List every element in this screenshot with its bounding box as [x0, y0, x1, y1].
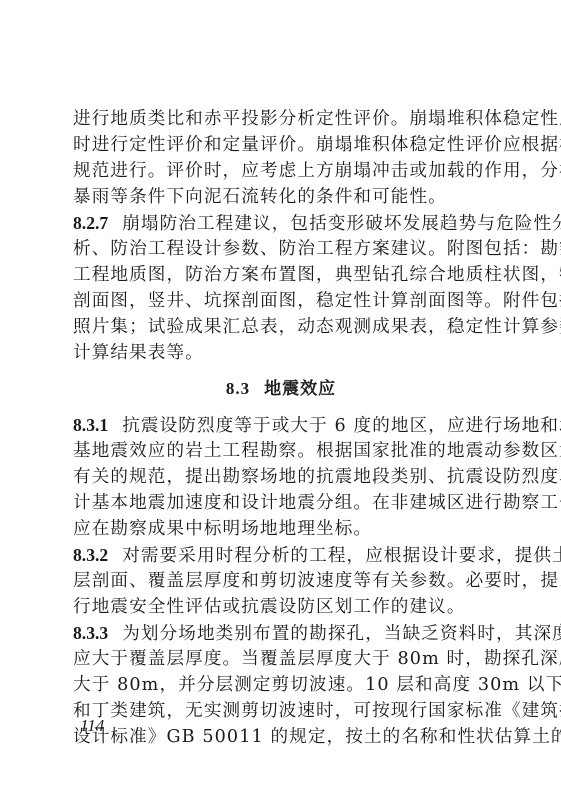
clause-text: 为划分场地类别布置的勘探孔，当缺乏资料时，其深度: [122, 624, 561, 644]
clause-number: 8.2.7: [73, 213, 108, 233]
section-title: 地震效应: [264, 379, 336, 399]
text-line: 应在勘察成果中标明场地地理坐标。: [73, 516, 489, 542]
text-line: 基地震效应的岩土工程勘察。根据国家批准的地震动参数区划和: [73, 438, 489, 464]
text-line: 8.3.3为划分场地类别布置的勘探孔，当缺乏资料时，其深度: [73, 620, 489, 646]
text-line: 剖面图，竖井、坑探剖面图，稳定性计算剖面图等。附件包括：: [73, 288, 489, 314]
text-line: 大于 80m，并分层测定剪切波速。10 层和高度 30m 以下的丙类: [73, 672, 489, 698]
document-page: 进行地质类比和赤平投影分析定性评价。崩塌堆积体稳定性应同 时进行定性评价和定量评…: [73, 106, 489, 750]
section-heading: 8.3地震效应: [73, 366, 489, 412]
clause-8-3-1: 8.3.1抗震设防烈度等于或大于 6 度的地区，应进行场地和地 基地震效应的岩土…: [73, 412, 489, 542]
paragraph-continuation: 进行地质类比和赤平投影分析定性评价。崩塌堆积体稳定性应同 时进行定性评价和定量评…: [73, 106, 489, 210]
text-line: 设计标准》GB 50011 的规定，按土的名称和性状估算土的剪切: [73, 724, 489, 750]
text-line: 暴雨等条件下向泥石流转化的条件和可能性。: [73, 184, 489, 210]
text-line: 8.2.7崩塌防治工程建议，包括变形破坏发展趋势与危险性分: [73, 210, 489, 236]
clause-number: 8.3.1: [73, 415, 108, 435]
text-line: 时进行定性评价和定量评价。崩塌堆积体稳定性评价应根据相关: [73, 132, 489, 158]
text-line: 8.3.1抗震设防烈度等于或大于 6 度的地区，应进行场地和地: [73, 412, 489, 438]
text-line: 8.3.2对需要采用时程分析的工程，应根据设计要求，提供土: [73, 542, 489, 568]
text-line: 有关的规范，提出勘察场地的抗震地段类别、抗震设防烈度、设: [73, 464, 489, 490]
section-number: 8.3: [226, 379, 250, 398]
text-line: 规范进行。评价时，应考虑上方崩塌冲击或加载的作用，分析在: [73, 158, 489, 184]
clause-text: 对需要采用时程分析的工程，应根据设计要求，提供土: [122, 546, 561, 566]
clause-8-3-3: 8.3.3为划分场地类别布置的勘探孔，当缺乏资料时，其深度 应大于覆盖层厚度。当…: [73, 620, 489, 750]
text-line: 应大于覆盖层厚度。当覆盖层厚度大于 80m 时，勘探孔深度应: [73, 646, 489, 672]
page-number: 114: [80, 716, 104, 736]
clause-number: 8.3.2: [73, 545, 108, 565]
text-line: 层剖面、覆盖层厚度和剪切波速度等有关参数。必要时，提出进: [73, 568, 489, 594]
text-line: 进行地质类比和赤平投影分析定性评价。崩塌堆积体稳定性应同: [73, 106, 489, 132]
text-line: 和丁类建筑，无实测剪切波速时，可按现行国家标准《建筑抗震: [73, 698, 489, 724]
clause-8-2-7: 8.2.7崩塌防治工程建议，包括变形破坏发展趋势与危险性分 析、防治工程设计参数…: [73, 210, 489, 366]
text-line: 计算结果表等。: [73, 340, 489, 366]
clause-8-3-2: 8.3.2对需要采用时程分析的工程，应根据设计要求，提供土 层剖面、覆盖层厚度和…: [73, 542, 489, 620]
text-line: 析、防治工程设计参数、防治工程方案建议。附图包括：勘察区: [73, 236, 489, 262]
clause-number: 8.3.3: [73, 623, 108, 643]
text-line: 照片集；试验成果汇总表，动态观测成果表，稳定性计算参数及: [73, 314, 489, 340]
text-line: 行地震安全性评估或抗震设防区划工作的建议。: [73, 594, 489, 620]
text-line: 工程地质图，防治方案布置图，典型钻孔综合地质柱状图，物探: [73, 262, 489, 288]
text-line: 计基本地震加速度和设计地震分组。在非建城区进行勘察工作，: [73, 490, 489, 516]
clause-text: 抗震设防烈度等于或大于 6 度的地区，应进行场地和地: [122, 416, 561, 436]
clause-text: 崩塌防治工程建议，包括变形破坏发展趋势与危险性分: [122, 214, 561, 234]
